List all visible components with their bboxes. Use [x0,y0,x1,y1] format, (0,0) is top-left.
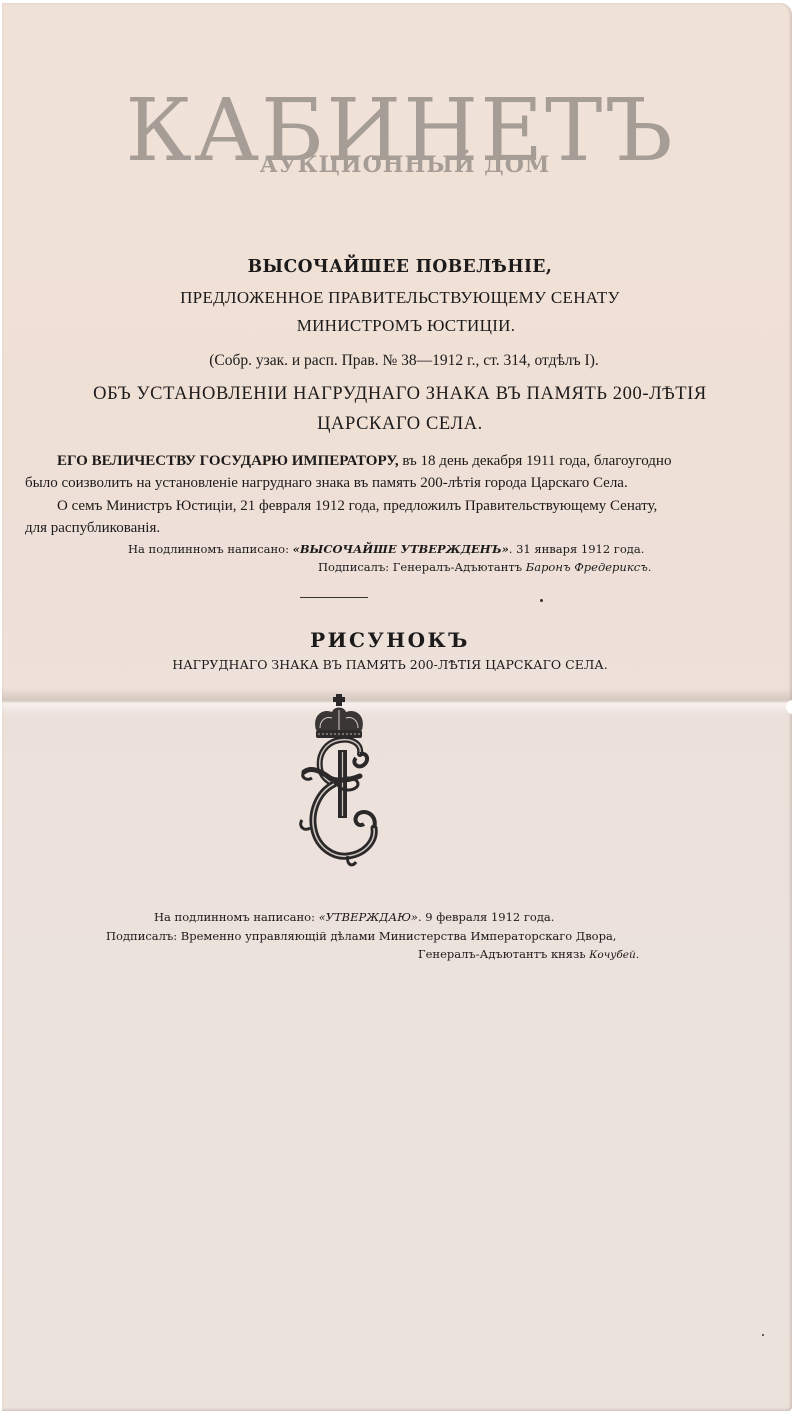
paragraph-1-line-2: было соизволить на установленіе нагрудна… [25,475,628,492]
ink-speck [540,599,543,602]
paragraph-1-line-1-rest: въ 18 день декабря 1911 года, благоугодн… [399,453,672,469]
ink-speck-bottom [762,1334,764,1336]
signature-2-name: Кочубей. [589,949,639,961]
paragraph-2-line-1: О семъ Министръ Юстиціи, 21 февраля 1912… [57,498,657,515]
approval-1-prefix: На подлинномъ написано: [128,542,293,556]
decree-subtitle: ПРЕДЛОЖЕННОЕ ПРАВИТЕЛЬСТВУЮЩЕМУ СЕНАТУ [0,288,800,308]
citation: (Собр. узак. и расп. Прав. № 38—1912 г.,… [0,352,800,370]
signature-2-prefix: Генералъ-Адъютантъ князь [418,947,589,961]
approval-2-date: . 9 февраля 1912 года. [418,910,554,924]
fold-notch [786,700,800,714]
signature-1-name: Баронъ Фредериксъ. [526,560,652,574]
figure-title: РИСУНОКЪ [0,628,790,652]
emperor-title: ЕГО ВЕЛИЧЕСТВУ ГОСУДАРЮ ИМПЕРАТОРУ, [57,453,399,469]
figure-caption: НАГРУДНАГО ЗНАКА ВЪ ПАМЯТЬ 200-ЛѢТІЯ ЦАР… [0,657,790,672]
decree-minister: МИНИСТРОМЪ ЮСТИЦІИ. [0,316,800,336]
approval-1-quote: «ВЫСОЧАЙШЕ УТВЕРЖДЕНЪ» [293,542,509,556]
subject-line-2: ЦАРСКАГО СЕЛА. [0,414,800,435]
approval-2-signature-line-1: Подписалъ: Временно управляющій дѣлами М… [106,929,616,943]
paragraph-2-line-2: для распубликованія. [25,520,160,537]
approval-2-prefix: На подлинномъ написано: [154,910,319,924]
approval-1-signature: Подписалъ: Генералъ-Адъютантъ Баронъ Фре… [318,560,651,574]
signature-1-prefix: Подписалъ: Генералъ-Адъютантъ [318,560,526,574]
approval-1-date: . 31 января 1912 года. [509,542,645,556]
approval-2-signature-line-2: Генералъ-Адъютантъ князь Кочубей. [418,947,639,961]
approval-2-line: На подлинномъ написано: «УТВЕРЖДАЮ». 9 ф… [154,910,554,924]
decree-title: ВЫСОЧАЙШЕЕ ПОВЕЛѢНІЕ, [20,256,780,277]
watermark-subtitle: АУКЦИОННЫЙ ДОМ [0,152,800,178]
approval-2-quote: «УТВЕРЖДАЮ» [319,910,418,924]
paper-fold [2,688,792,716]
subject-line-1: ОБЪ УСТАНОВЛЕНІИ НАГРУДНАГО ЗНАКА ВЪ ПАМ… [0,384,800,405]
crowned-monogram-icon [290,692,390,870]
approval-1-line: На подлинномъ написано: «ВЫСОЧАЙШЕ УТВЕР… [128,542,644,556]
section-divider [300,597,368,598]
document-page: КАБИНЕТЪ АУКЦИОННЫЙ ДОМ ВЫСОЧАЙШЕЕ ПОВЕЛ… [0,0,800,1417]
paragraph-1-line-1: ЕГО ВЕЛИЧЕСТВУ ГОСУДАРЮ ИМПЕРАТОРУ, въ 1… [57,453,671,470]
watermark: КАБИНЕТЪ АУКЦИОННЫЙ ДОМ [0,88,800,178]
